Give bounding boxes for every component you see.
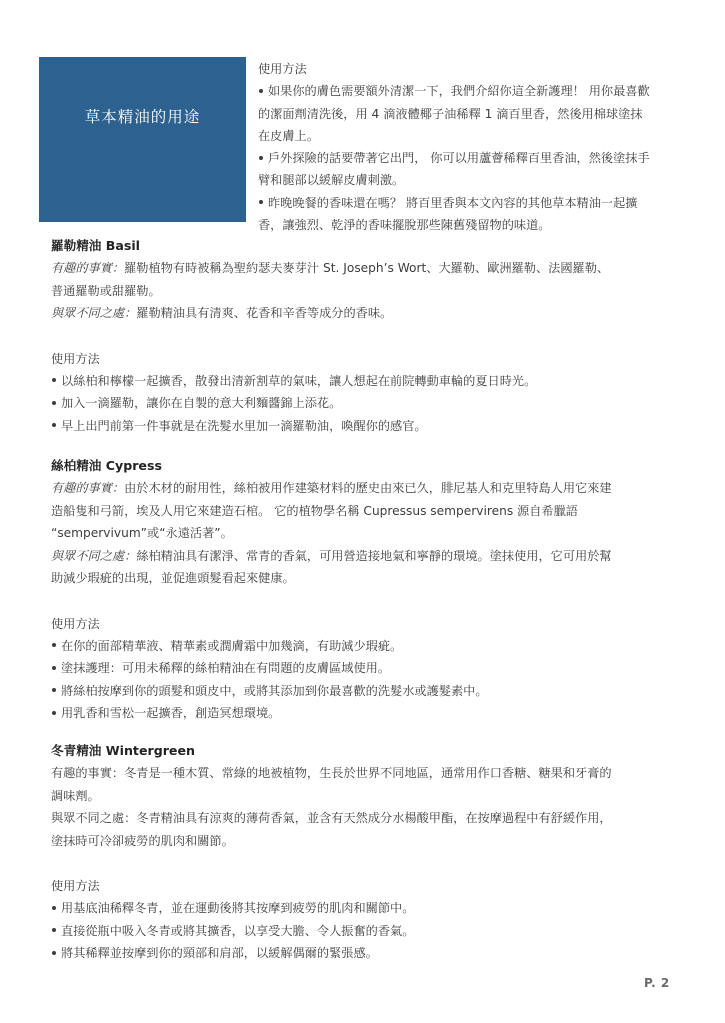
list-item: 用基底油稀釋冬青，並在運動後將其按摩到疲勞的肌肉和關節中。 bbox=[51, 897, 685, 920]
list-item: 早上出門前第一件事就是在洗髮水里加一滴羅勒油，喚醒你的感官。 bbox=[51, 415, 685, 438]
difference-label: 與眾不同之處： bbox=[51, 549, 136, 563]
document-page: 草本精油的用途 使用方法 如果你的膚色需要額外清潔一下，我們介紹你這全新護理！ … bbox=[0, 0, 725, 1023]
list-item: 塗抹護理：可用未稀釋的絲柏精油在有問題的皮膚區域使用。 bbox=[51, 657, 685, 680]
usage-list: 以絲柏和檸檬一起擴香，散發出清新割草的氣味，讓人想起在前院轉動車輪的夏日時光。 … bbox=[51, 370, 685, 438]
usage-title: 使用方法 bbox=[51, 348, 685, 370]
bullet-icon bbox=[52, 928, 56, 932]
fun-fact: 有趣的事實：冬青是一種木質、常綠的地被植物，生長於世界不同地區，通常用作口香糖、… bbox=[51, 762, 685, 807]
difference: 與眾不同之處：絲柏精油具有潔淨、常青的香氣，可用營造接地氣和寧靜的環境。塗抹使用… bbox=[51, 545, 685, 590]
bullet-icon bbox=[259, 200, 263, 204]
section-wintergreen: 冬青精油 Wintergreen 有趣的事實：冬青是一種木質、常綠的地被植物，生… bbox=[51, 740, 685, 965]
difference-label: 與眾不同之處： bbox=[51, 306, 136, 320]
difference-label: 與眾不同之處： bbox=[51, 811, 136, 825]
bullet-icon bbox=[52, 643, 56, 647]
section-heading: 冬青精油 Wintergreen bbox=[51, 740, 685, 762]
bullet-icon bbox=[52, 906, 56, 910]
intro-bullet-1-line-2: 的潔面劑清洗後，用 4 滴液體椰子油稀釋 1 滴百里香，然後用棉球塗抹 bbox=[258, 103, 690, 125]
fun-fact-label: 有趣的事實： bbox=[51, 261, 124, 275]
section-heading: 絲柏精油 Cypress bbox=[51, 455, 685, 477]
intro-bullet-3-line-1: 昨晚晚餐的香味還在嗎？ 將百里香與本文內容的其他草本精油一起擴 bbox=[258, 192, 690, 214]
section-heading: 羅勒精油 Basil bbox=[51, 235, 685, 257]
section-cypress: 絲柏精油 Cypress 有趣的事實：由於木材的耐用性，絲柏被用作建築材料的歷史… bbox=[51, 455, 685, 725]
bullet-icon bbox=[259, 156, 263, 160]
bullet-icon bbox=[52, 378, 56, 382]
list-item: 以絲柏和檸檬一起擴香，散發出清新割草的氣味，讓人想起在前院轉動車輪的夏日時光。 bbox=[51, 370, 685, 393]
intro-usage-title: 使用方法 bbox=[258, 58, 690, 80]
usage-list: 在你的面部精華液、精華素或潤膚霜中加幾滴，有助減少瑕疵。 塗抹護理：可用未稀釋的… bbox=[51, 635, 685, 725]
page-number: P. 2 bbox=[644, 976, 670, 990]
bullet-icon bbox=[52, 688, 56, 692]
usage-list: 用基底油稀釋冬青，並在運動後將其按摩到疲勞的肌肉和關節中。 直接從瓶中吸入冬青或… bbox=[51, 897, 685, 965]
difference: 與眾不同之處：冬青精油具有涼爽的薄荷香氣，並含有天然成分水楊酸甲酯，在按摩過程中… bbox=[51, 807, 685, 852]
bullet-icon bbox=[52, 401, 56, 405]
list-item: 直接從瓶中吸入冬青或將其擴香，以享受大膽、令人振奮的香氣。 bbox=[51, 920, 685, 943]
intro-bullet-1-line-3: 在皮膚上。 bbox=[258, 125, 690, 147]
bullet-icon bbox=[52, 423, 56, 427]
title-box: 草本精油的用途 bbox=[39, 57, 246, 222]
fun-fact: 有趣的事實：由於木材的耐用性，絲柏被用作建築材料的歷史由來已久，腓尼基人和克里特… bbox=[51, 477, 685, 545]
usage-title: 使用方法 bbox=[51, 875, 685, 897]
list-item: 用乳香和雪松一起擴香，創造冥想環境。 bbox=[51, 702, 685, 725]
list-item: 加入一滴羅勒，讓你在自製的意大利麵醬錦上添花。 bbox=[51, 392, 685, 415]
bullet-icon bbox=[259, 89, 263, 93]
intro-bullet-3-line-2: 香，讓強烈、乾淨的香味擺脫那些陳舊殘留物的味道。 bbox=[258, 214, 690, 236]
list-item: 將其稀釋並按摩到你的頸部和肩部，以緩解偶爾的緊張感。 bbox=[51, 942, 685, 965]
section-basil: 羅勒精油 Basil 有趣的事實：羅勒植物有時被稱為聖約瑟夫麥芽汁 St. Jo… bbox=[51, 235, 685, 437]
bullet-icon bbox=[52, 951, 56, 955]
page-title: 草本精油的用途 bbox=[39, 105, 246, 127]
difference: 與眾不同之處：羅勒精油具有清爽、花香和辛香等成分的香味。 bbox=[51, 302, 685, 325]
intro-bullet-2-line-1: 戶外探險的話要帶著它出門， 你可以用蘆薈稀釋百里香油，然後塗抹手 bbox=[258, 147, 690, 169]
bullet-icon bbox=[52, 711, 56, 715]
list-item: 在你的面部精華液、精華素或潤膚霜中加幾滴，有助減少瑕疵。 bbox=[51, 635, 685, 658]
usage-title: 使用方法 bbox=[51, 613, 685, 635]
intro-usage: 使用方法 如果你的膚色需要額外清潔一下，我們介紹你這全新護理！ 用你最喜歡 的潔… bbox=[258, 58, 690, 236]
bullet-icon bbox=[52, 666, 56, 670]
fun-fact-label: 有趣的事實： bbox=[51, 766, 124, 780]
intro-bullet-1-line-1: 如果你的膚色需要額外清潔一下，我們介紹你這全新護理！ 用你最喜歡 bbox=[258, 80, 690, 102]
fun-fact: 有趣的事實：羅勒植物有時被稱為聖約瑟夫麥芽汁 St. Joseph’s Wort… bbox=[51, 257, 685, 302]
fun-fact-label: 有趣的事實： bbox=[51, 481, 124, 495]
list-item: 將絲柏按摩到你的頭髮和頭皮中，或將其添加到你最喜歡的洗髮水或護髮素中。 bbox=[51, 680, 685, 703]
intro-bullet-2-line-2: 臂和腿部以緩解皮膚刺激。 bbox=[258, 169, 690, 191]
